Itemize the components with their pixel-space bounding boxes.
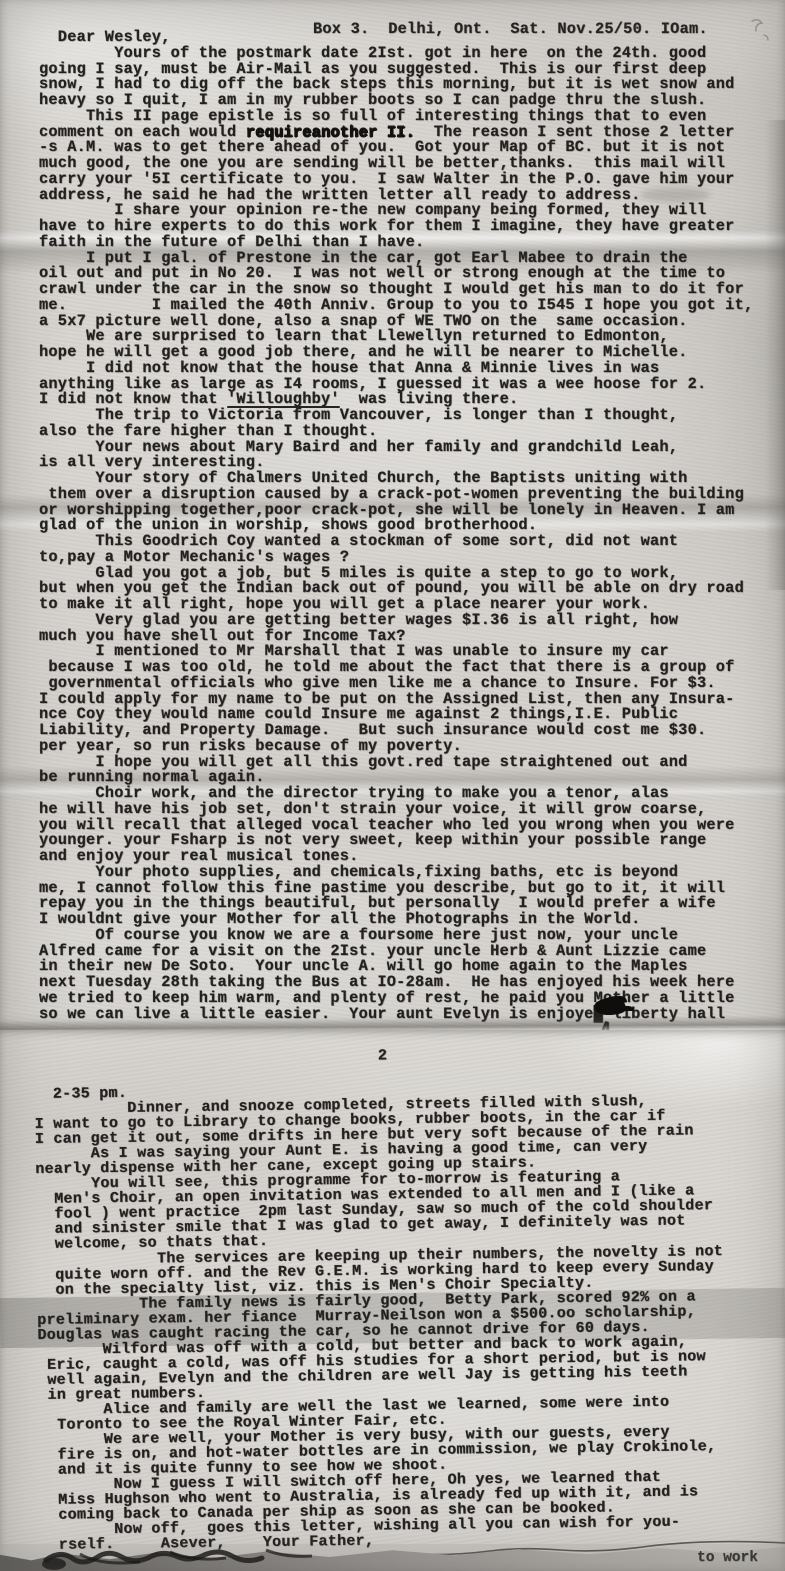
torn-text-fragment: to work: [697, 1550, 758, 1566]
page2-text-block: 2-35 pm. Dinner, and snooze completed, s…: [34, 1078, 727, 1553]
page-number: 2: [378, 1046, 387, 1064]
letter-line: so we can live a little easier. Your aun…: [39, 1007, 753, 1023]
page1-text-block: Dear Wesley, Yours of the postmark date …: [39, 30, 753, 1022]
ink-blot: [594, 998, 626, 1015]
overstruck-text: requireanother II.: [246, 124, 415, 142]
letter-scan: Box 3. Delhi, Ont. Sat. Nov.25/50. IOam.…: [0, 0, 785, 1571]
paper-edge-shadow: [765, 120, 785, 590]
letter-page-1: Box 3. Delhi, Ont. Sat. Nov.25/50. IOam.…: [0, 0, 785, 1030]
underline-willoughby: [227, 406, 340, 408]
page2-content: 2 2-35 pm. Dinner, and snooze completed,…: [0, 1020, 785, 1544]
pencil-mark: [748, 18, 770, 42]
